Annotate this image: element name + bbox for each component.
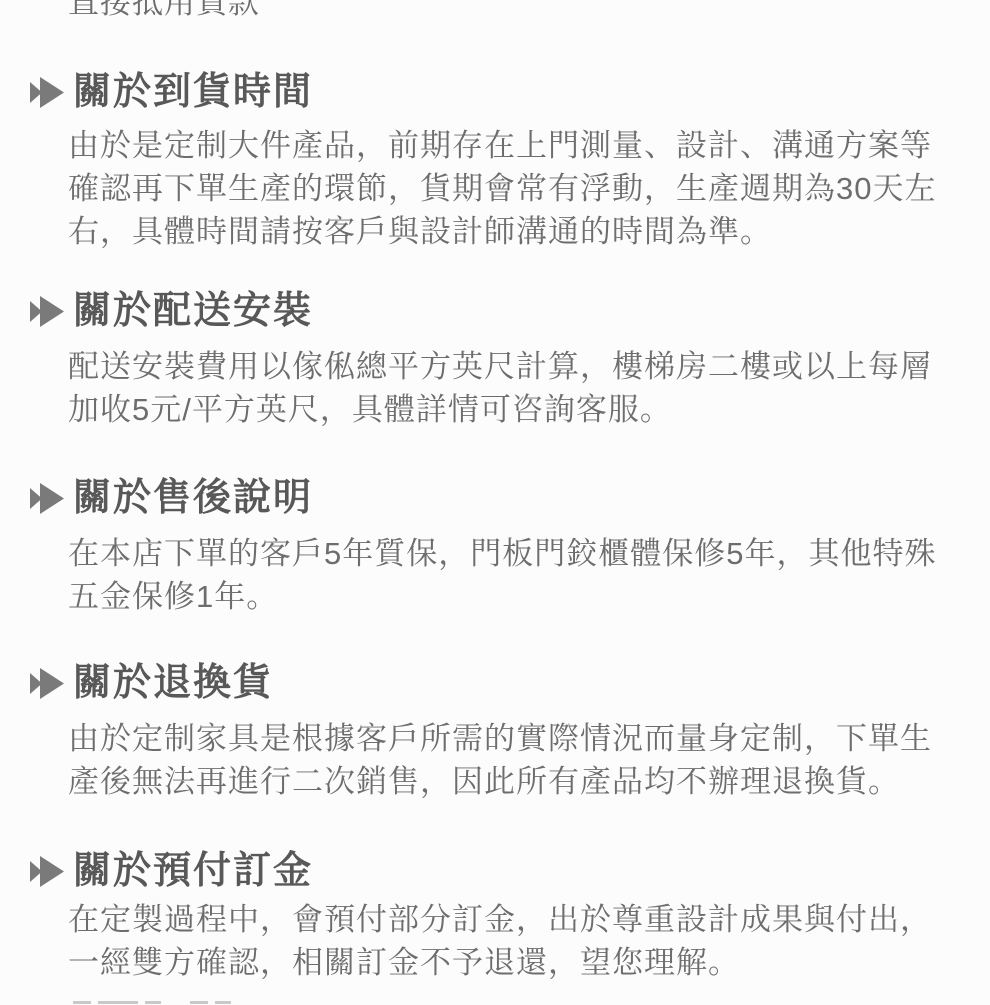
section-title: 關於配送安裝 <box>73 289 313 333</box>
section-body-returns: 由於定制家具是根據客戶所需的實際情況而量身定制，下單生 產後無法再進行二次銷售，… <box>68 717 932 803</box>
section-title: 關於退換貨 <box>73 661 273 705</box>
double-right-arrow-icon <box>30 856 64 887</box>
body-line: 產後無法再進行二次銷售，因此所有產品均不辦理退換貨。 <box>68 760 932 803</box>
cutoff-top-line-text: 直接抵用貨款 <box>68 0 260 18</box>
cutoff-text-fragment <box>73 1001 91 1004</box>
double-right-arrow-icon <box>30 668 64 699</box>
cutoff-text-fragment <box>215 1001 231 1004</box>
section-body-delivery-time: 由於是定制大件產品，前期存在上門測量、設計、溝通方案等 確認再下單生產的環節，貨… <box>68 124 936 253</box>
body-line: 在定製過程中，會預付部分訂金，出於尊重設計成果與付出， <box>68 898 932 941</box>
section-heading-deposit: 關於預付訂金 <box>30 849 313 893</box>
double-right-arrow-icon <box>30 77 64 108</box>
section-heading-delivery-time: 關於到貨時間 <box>30 70 313 114</box>
body-line: 加收5元/平方英尺，具體詳情可咨詢客服。 <box>68 388 932 431</box>
section-title: 關於預付訂金 <box>73 849 313 893</box>
cutoff-text-fragment <box>190 1001 208 1004</box>
double-right-arrow-icon <box>30 296 64 327</box>
section-title: 關於售後說明 <box>73 476 313 520</box>
section-body-after-sales: 在本店下單的客戶5年質保，門板門鉸櫃體保修5年，其他特殊 五金保修1年。 <box>68 532 936 618</box>
section-heading-returns: 關於退換貨 <box>30 661 273 705</box>
section-body-delivery-install: 配送安裝費用以傢俬總平方英尺計算，樓梯房二樓或以上每層 加收5元/平方英尺，具體… <box>68 345 932 431</box>
cutoff-top-line: 直接抵用貨款 <box>68 0 260 19</box>
section-heading-delivery-install: 關於配送安裝 <box>30 289 313 333</box>
body-line: 確認再下單生產的環節，貨期會常有浮動，生產週期為30天左 <box>68 167 936 210</box>
body-line: 由於是定制大件產品，前期存在上門測量、設計、溝通方案等 <box>68 124 936 167</box>
body-line: 在本店下單的客戶5年質保，門板門鉸櫃體保修5年，其他特殊 <box>68 532 936 575</box>
body-line: 右，具體時間請按客戶與設計師溝通的時間為準。 <box>68 210 936 253</box>
cutoff-text-fragment <box>98 1001 138 1004</box>
cutoff-text-fragment <box>145 1001 161 1004</box>
product-notice-page: { "page": { "background": "#fcfcfc", "to… <box>0 0 990 1005</box>
double-right-arrow-icon <box>30 483 64 514</box>
body-line: 配送安裝費用以傢俬總平方英尺計算，樓梯房二樓或以上每層 <box>68 345 932 388</box>
body-line: 一經雙方確認，相關訂金不予退還，望您理解。 <box>68 941 932 984</box>
section-body-deposit: 在定製過程中，會預付部分訂金，出於尊重設計成果與付出， 一經雙方確認，相關訂金不… <box>68 898 932 984</box>
body-line: 由於定制家具是根據客戶所需的實際情況而量身定制，下單生 <box>68 717 932 760</box>
section-title: 關於到貨時間 <box>73 70 313 114</box>
section-heading-after-sales: 關於售後說明 <box>30 476 313 520</box>
body-line: 五金保修1年。 <box>68 575 936 618</box>
